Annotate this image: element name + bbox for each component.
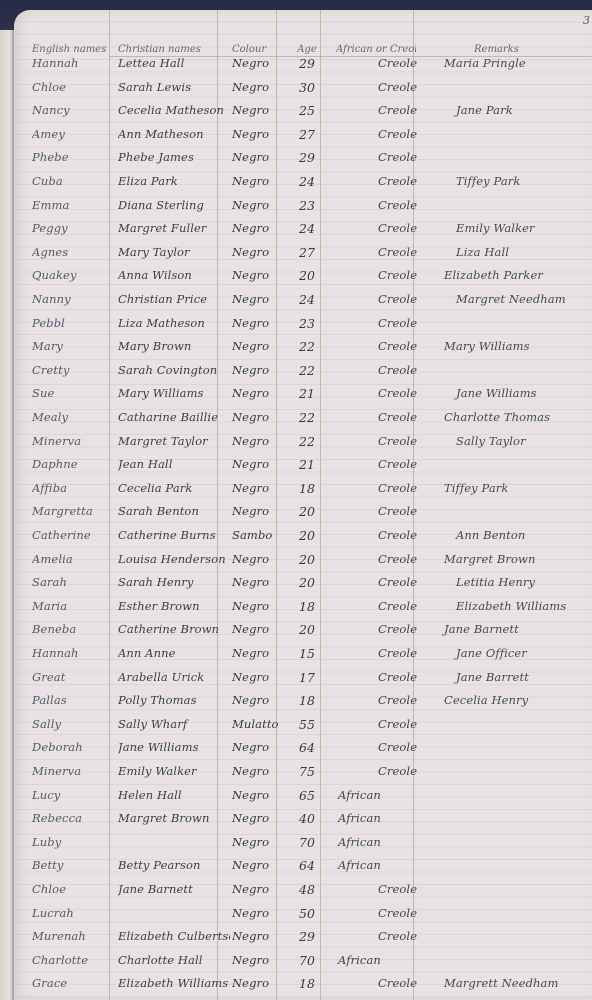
remarks: Jane Barrett (434, 670, 592, 684)
african-or-creole: Creole (336, 80, 458, 94)
table-row: SarahSarah HenryNegro20CreoleLetitia Hen… (14, 575, 592, 597)
english-name: Hannah (32, 56, 124, 70)
remarks: Jane Williams (434, 386, 592, 400)
table-row: PhebePhebe JamesNegro29Creole (14, 150, 592, 172)
colour: Negro (232, 103, 292, 117)
christian-name: Phebe James (118, 150, 230, 164)
colour: Sambo (232, 528, 292, 542)
english-name: Pebbl (32, 316, 124, 330)
english-name: Lucrah (32, 906, 124, 920)
english-name: Phebe (32, 150, 124, 164)
table-row: EmmaDiana SterlingNegro23Creole (14, 198, 592, 220)
colour: Negro (232, 363, 292, 377)
colour: Negro (232, 221, 292, 235)
table-row: BettyBetty PearsonNegro64African (14, 858, 592, 880)
english-name: Luby (32, 835, 124, 849)
page-number: 3 (583, 14, 590, 27)
english-name: Deborah (32, 740, 124, 754)
colour: Negro (232, 316, 292, 330)
age: 22 (292, 363, 322, 378)
english-name: Hannah (32, 646, 124, 660)
colour: Negro (232, 622, 292, 636)
colour: Negro (232, 693, 292, 707)
colour: Mulatto (232, 717, 292, 731)
english-name: Sarah (32, 575, 124, 589)
table-row: HannahAnn AnneNegro15CreoleJane Officer (14, 646, 592, 668)
christian-name: Sarah Benton (118, 504, 230, 518)
african-or-creole: African (336, 953, 418, 967)
christian-name: Catherine Burns (118, 528, 230, 542)
colour: Negro (232, 339, 292, 353)
age: 20 (292, 575, 322, 590)
age: 18 (292, 599, 322, 614)
table-row: DaphneJean HallNegro21Creole (14, 457, 592, 479)
english-name: Mary (32, 339, 124, 353)
colour: Negro (232, 292, 292, 306)
age: 29 (292, 150, 322, 165)
age: 30 (292, 80, 322, 95)
age: 40 (292, 811, 322, 826)
christian-name: Ann Matheson (118, 127, 230, 141)
remarks: Liza Hall (434, 245, 592, 259)
african-or-creole: Creole (336, 929, 458, 943)
african-or-creole: African (336, 811, 418, 825)
age: 17 (292, 670, 322, 685)
english-name: Nancy (32, 103, 124, 117)
english-name: Beneba (32, 622, 124, 636)
christian-name: Betty Pearson (118, 858, 230, 872)
christian-name: Sarah Lewis (118, 80, 230, 94)
colour: Negro (232, 457, 292, 471)
table-row: GraceElizabeth WilliamsNegro18CreoleMarg… (14, 976, 592, 998)
christian-name: Sarah Covington (118, 363, 230, 377)
age: 29 (292, 929, 322, 944)
christian-name: Catharine Baillie (118, 410, 230, 424)
colour: Negro (232, 740, 292, 754)
age: 75 (292, 764, 322, 779)
english-name: Emma (32, 198, 124, 212)
colour: Negro (232, 646, 292, 660)
christian-name: Margret Brown (118, 811, 230, 825)
colour: Negro (232, 929, 292, 943)
christian-name: Elizabeth Culbertson (118, 929, 230, 943)
english-name: Cretty (32, 363, 124, 377)
header-remarks: Remarks (434, 44, 592, 55)
table-row: ChloeJane BarnettNegro48Creole (14, 882, 592, 904)
english-name: Quakey (32, 268, 124, 282)
english-name: Murenah (32, 929, 124, 943)
remarks: Jane Barnett (434, 622, 592, 636)
age: 22 (292, 410, 322, 425)
colour: Negro (232, 835, 292, 849)
table-row: NancyCecelia MathesonNegro25CreoleJane P… (14, 103, 592, 125)
english-name: Sally (32, 717, 124, 731)
remarks: Mary Williams (434, 339, 592, 353)
age: 25 (292, 103, 322, 118)
christian-name: Lettea Hall (118, 56, 230, 70)
christian-name: Cecelia Matheson (118, 103, 230, 117)
remarks: Letitia Henry (434, 575, 592, 589)
table-row: ChloeSarah LewisNegro30Creole (14, 80, 592, 102)
colour: Negro (232, 670, 292, 684)
english-name: Chloe (32, 80, 124, 94)
table-row: CrettySarah CovingtonNegro22Creole (14, 363, 592, 385)
table-row: SallySally WharfMulatto55Creole (14, 717, 592, 739)
african-or-creole: Creole (336, 316, 458, 330)
christian-name: Liza Matheson (118, 316, 230, 330)
remarks: Ann Benton (434, 528, 592, 542)
african-or-creole: Creole (336, 198, 458, 212)
table-row: LubyNegro70African (14, 835, 592, 857)
english-name: Affiba (32, 481, 124, 495)
christian-name: Charlotte Hall (118, 953, 230, 967)
colour: Negro (232, 882, 292, 896)
remarks: Charlotte Thomas (434, 410, 592, 424)
colour: Negro (232, 788, 292, 802)
age: 48 (292, 882, 322, 897)
english-name: Minerva (32, 764, 124, 778)
christian-name: Margret Taylor (118, 434, 230, 448)
remarks: Sally Taylor (434, 434, 592, 448)
remarks: Jane Park (434, 103, 592, 117)
african-or-creole: Creole (336, 906, 458, 920)
christian-name: Elizabeth Williams (118, 976, 230, 990)
table-row: MinervaMargret TaylorNegro22CreoleSally … (14, 434, 592, 456)
table-row: MaryMary BrownNegro22CreoleMary Williams (14, 339, 592, 361)
african-or-creole: Creole (336, 150, 458, 164)
remarks: Cecelia Henry (434, 693, 592, 707)
colour: Negro (232, 150, 292, 164)
christian-name: Ann Anne (118, 646, 230, 660)
remarks: Margret Needham (434, 292, 592, 306)
table-row: CharlotteCharlotte HallNegro70African (14, 953, 592, 975)
christian-name: Mary Taylor (118, 245, 230, 259)
remarks: Jane Officer (434, 646, 592, 660)
christian-name: Sally Wharf (118, 717, 230, 731)
english-name: Nanny (32, 292, 124, 306)
table-row: MinervaEmily WalkerNegro75Creole (14, 764, 592, 786)
english-name: Margretta (32, 504, 124, 518)
age: 70 (292, 953, 322, 968)
english-name: Rebecca (32, 811, 124, 825)
age: 21 (292, 457, 322, 472)
table-row: PeggyMargret FullerNegro24CreoleEmily Wa… (14, 221, 592, 243)
table-row: AmeliaLouisa HendersonNegro20CreoleMargr… (14, 552, 592, 574)
christian-name: Catherine Brown (118, 622, 230, 636)
christian-name: Sarah Henry (118, 575, 230, 589)
ledger-page: 3 English names Christian names Colour A… (14, 10, 592, 1000)
english-name: Charlotte (32, 953, 124, 967)
christian-name: Jean Hall (118, 457, 230, 471)
colour: Negro (232, 976, 292, 990)
christian-name: Margret Fuller (118, 221, 230, 235)
english-name: Betty (32, 858, 124, 872)
age: 22 (292, 434, 322, 449)
colour: Negro (232, 953, 292, 967)
english-name: Maria (32, 599, 124, 613)
age: 20 (292, 268, 322, 283)
english-name: Great (32, 670, 124, 684)
age: 23 (292, 316, 322, 331)
table-row: QuakeyAnna WilsonNegro20CreoleElizabeth … (14, 268, 592, 290)
age: 29 (292, 56, 322, 71)
african-or-creole: African (336, 835, 418, 849)
african-or-creole: African (336, 858, 418, 872)
english-name: Chloe (32, 882, 124, 896)
header-christian-names: Christian names (118, 44, 230, 55)
table-row: PebblLiza MathesonNegro23Creole (14, 316, 592, 338)
african-or-creole: Creole (336, 882, 458, 896)
age: 20 (292, 528, 322, 543)
african-or-creole: Creole (336, 504, 458, 518)
african-or-creole: Creole (336, 764, 458, 778)
age: 64 (292, 740, 322, 755)
table-row: AgnesMary TaylorNegro27CreoleLiza Hall (14, 245, 592, 267)
age: 27 (292, 245, 322, 260)
table-row: MargrettaSarah BentonNegro20Creole (14, 504, 592, 526)
remarks: Tiffey Park (434, 174, 592, 188)
table-row: HannahLettea HallNegro29CreoleMaria Prin… (14, 56, 592, 78)
colour: Negro (232, 434, 292, 448)
english-name: Cuba (32, 174, 124, 188)
table-row: MariaEsther BrownNegro18CreoleElizabeth … (14, 599, 592, 621)
colour: Negro (232, 198, 292, 212)
colour: Negro (232, 599, 292, 613)
age: 24 (292, 221, 322, 236)
african-or-creole: African (336, 788, 418, 802)
age: 20 (292, 552, 322, 567)
age: 22 (292, 339, 322, 354)
table-row: CatherineCatherine BurnsSambo20CreoleAnn… (14, 528, 592, 550)
christian-name: Mary Williams (118, 386, 230, 400)
christian-name: Cecelia Park (118, 481, 230, 495)
age: 20 (292, 504, 322, 519)
table-row: AmeyAnn MathesonNegro27Creole (14, 127, 592, 149)
christian-name: Emily Walker (118, 764, 230, 778)
remarks: Margrett Needham (434, 976, 592, 990)
header-colour: Colour (232, 44, 292, 55)
table-row: SueMary WilliamsNegro21CreoleJane Willia… (14, 386, 592, 408)
christian-name: Arabella Urick (118, 670, 230, 684)
english-name: Agnes (32, 245, 124, 259)
african-or-creole: Creole (336, 363, 458, 377)
table-row: LucyHelen HallNegro65African (14, 788, 592, 810)
age: 24 (292, 174, 322, 189)
colour: Negro (232, 575, 292, 589)
christian-name: Christian Price (118, 292, 230, 306)
colour: Negro (232, 764, 292, 778)
colour: Negro (232, 410, 292, 424)
table-row: RebeccaMargret BrownNegro40African (14, 811, 592, 833)
book-spine-edge (0, 30, 15, 1000)
english-name: Peggy (32, 221, 124, 235)
african-or-creole: Creole (336, 127, 458, 141)
header-english-names: English names (32, 44, 124, 55)
english-name: Sue (32, 386, 124, 400)
remarks: Emily Walker (434, 221, 592, 235)
christian-name: Jane Williams (118, 740, 230, 754)
english-name: Daphne (32, 457, 124, 471)
colour: Negro (232, 906, 292, 920)
colour: Negro (232, 127, 292, 141)
age: 18 (292, 693, 322, 708)
colour: Negro (232, 80, 292, 94)
table-row: PallasPolly ThomasNegro18CreoleCecelia H… (14, 693, 592, 715)
african-or-creole: Creole (336, 457, 458, 471)
christian-name: Louisa Henderson (118, 552, 230, 566)
christian-name: Jane Barnett (118, 882, 230, 896)
header-african-or-creole: African or Creole (336, 44, 416, 55)
christian-name: Eliza Park (118, 174, 230, 188)
table-row: MealyCatharine BaillieNegro22CreoleCharl… (14, 410, 592, 432)
table-row: AffibaCecelia ParkNegro18CreoleTiffey Pa… (14, 481, 592, 503)
christian-name: Anna Wilson (118, 268, 230, 282)
header-age: Age (292, 44, 322, 55)
colour: Negro (232, 245, 292, 259)
english-name: Amey (32, 127, 124, 141)
english-name: Mealy (32, 410, 124, 424)
table-row: MurenahElizabeth CulbertsonNegro29Creole (14, 929, 592, 951)
african-or-creole: Creole (336, 740, 458, 754)
christian-name: Esther Brown (118, 599, 230, 613)
christian-name: Diana Sterling (118, 198, 230, 212)
colour: Negro (232, 552, 292, 566)
age: 64 (292, 858, 322, 873)
age: 50 (292, 906, 322, 921)
remarks: Margret Brown (434, 552, 592, 566)
english-name: Catherine (32, 528, 124, 542)
christian-name: Helen Hall (118, 788, 230, 802)
table-row: GreatArabella UrickNegro17CreoleJane Bar… (14, 670, 592, 692)
age: 55 (292, 717, 322, 732)
age: 65 (292, 788, 322, 803)
english-name: Amelia (32, 552, 124, 566)
age: 18 (292, 976, 322, 991)
english-name: Grace (32, 976, 124, 990)
age: 70 (292, 835, 322, 850)
age: 23 (292, 198, 322, 213)
english-name: Minerva (32, 434, 124, 448)
english-name: Lucy (32, 788, 124, 802)
christian-name: Polly Thomas (118, 693, 230, 707)
colour: Negro (232, 504, 292, 518)
colour: Negro (232, 858, 292, 872)
remarks: Maria Pringle (434, 56, 592, 70)
remarks: Elizabeth Parker (434, 268, 592, 282)
colour: Negro (232, 811, 292, 825)
table-row: DeborahJane WilliamsNegro64Creole (14, 740, 592, 762)
colour: Negro (232, 268, 292, 282)
table-row: LucrahNegro50Creole (14, 906, 592, 928)
colour: Negro (232, 174, 292, 188)
remarks: Tiffey Park (434, 481, 592, 495)
age: 18 (292, 481, 322, 496)
christian-name: Mary Brown (118, 339, 230, 353)
age: 21 (292, 386, 322, 401)
age: 15 (292, 646, 322, 661)
table-row: CubaEliza ParkNegro24CreoleTiffey Park (14, 174, 592, 196)
age: 24 (292, 292, 322, 307)
african-or-creole: Creole (336, 717, 458, 731)
english-name: Pallas (32, 693, 124, 707)
colour: Negro (232, 56, 292, 70)
colour: Negro (232, 386, 292, 400)
table-row: BenebaCatherine BrownNegro20CreoleJane B… (14, 622, 592, 644)
age: 27 (292, 127, 322, 142)
age: 20 (292, 622, 322, 637)
colour: Negro (232, 481, 292, 495)
table-row: NannyChristian PriceNegro24CreoleMargret… (14, 292, 592, 314)
remarks: Elizabeth Williams (434, 599, 592, 613)
